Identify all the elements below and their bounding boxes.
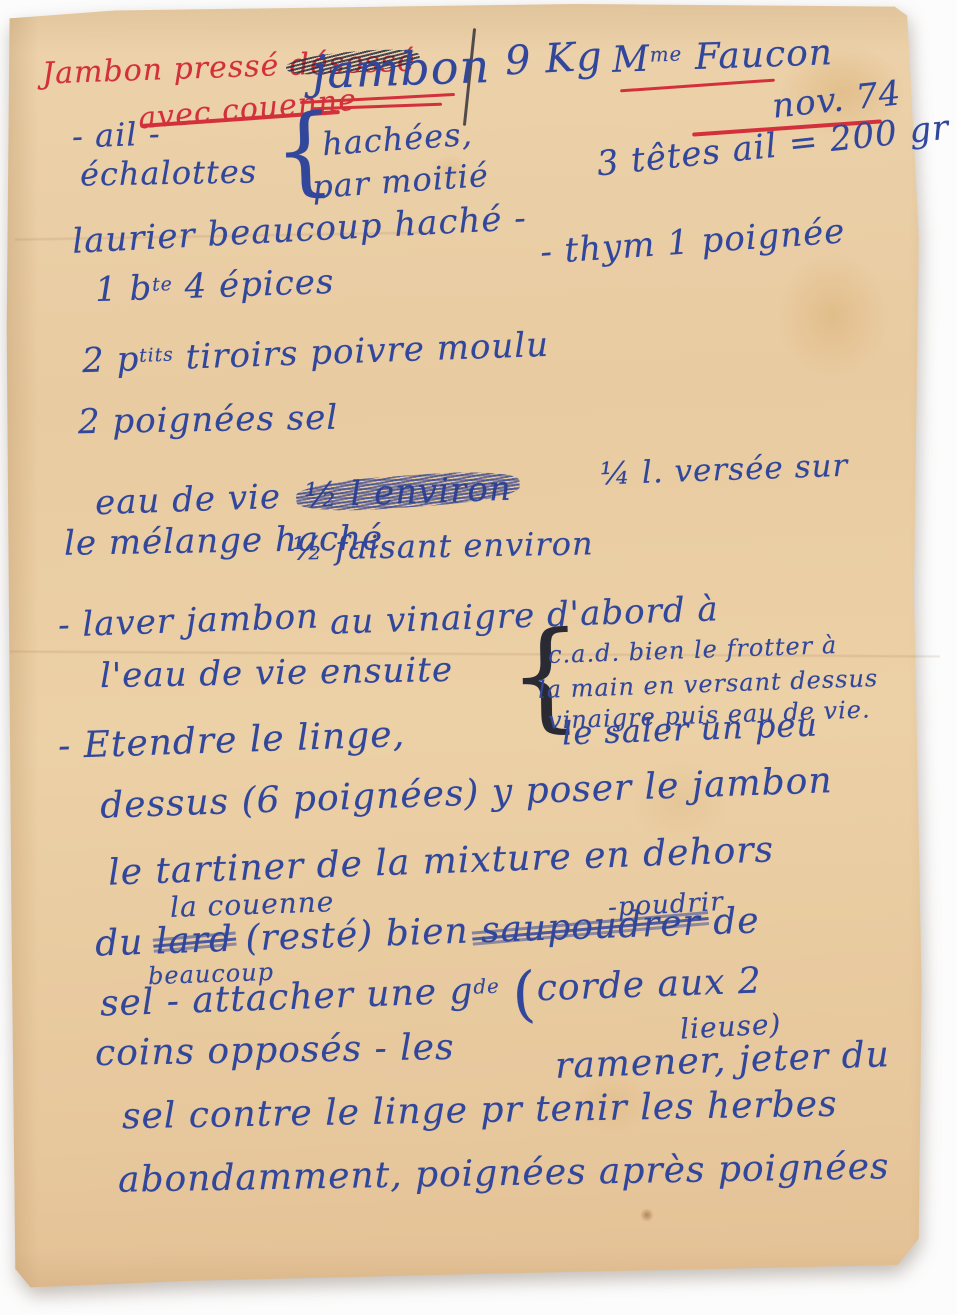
ingredient-epices: 1 bte 4 épices [94,262,335,310]
step-coins: coins opposés - les [95,1027,455,1074]
big-paren: ( [511,959,538,1030]
ingredient-sel: 2 poignées sel [78,398,339,443]
ingredient-echalottes: échalottes [80,152,258,193]
scanned-recipe-note: Jambon pressé désossé avec couenne jambo… [0,0,957,1315]
title-word: jambon [311,39,491,99]
lard-struck-word: lard [155,919,234,963]
author-name: Mme Faucon [611,32,833,81]
eau-quantity-struck: ½ l environ [304,469,512,516]
ham-weight: 9 Kg [504,33,604,84]
ingredient-ail: - ail - [71,114,161,155]
melange-suite: ½ faisant environ [292,524,594,567]
insert-poudrir: -poudrir [607,887,724,923]
step-eau-ensuite: l'eau de vie ensuite [100,650,454,696]
